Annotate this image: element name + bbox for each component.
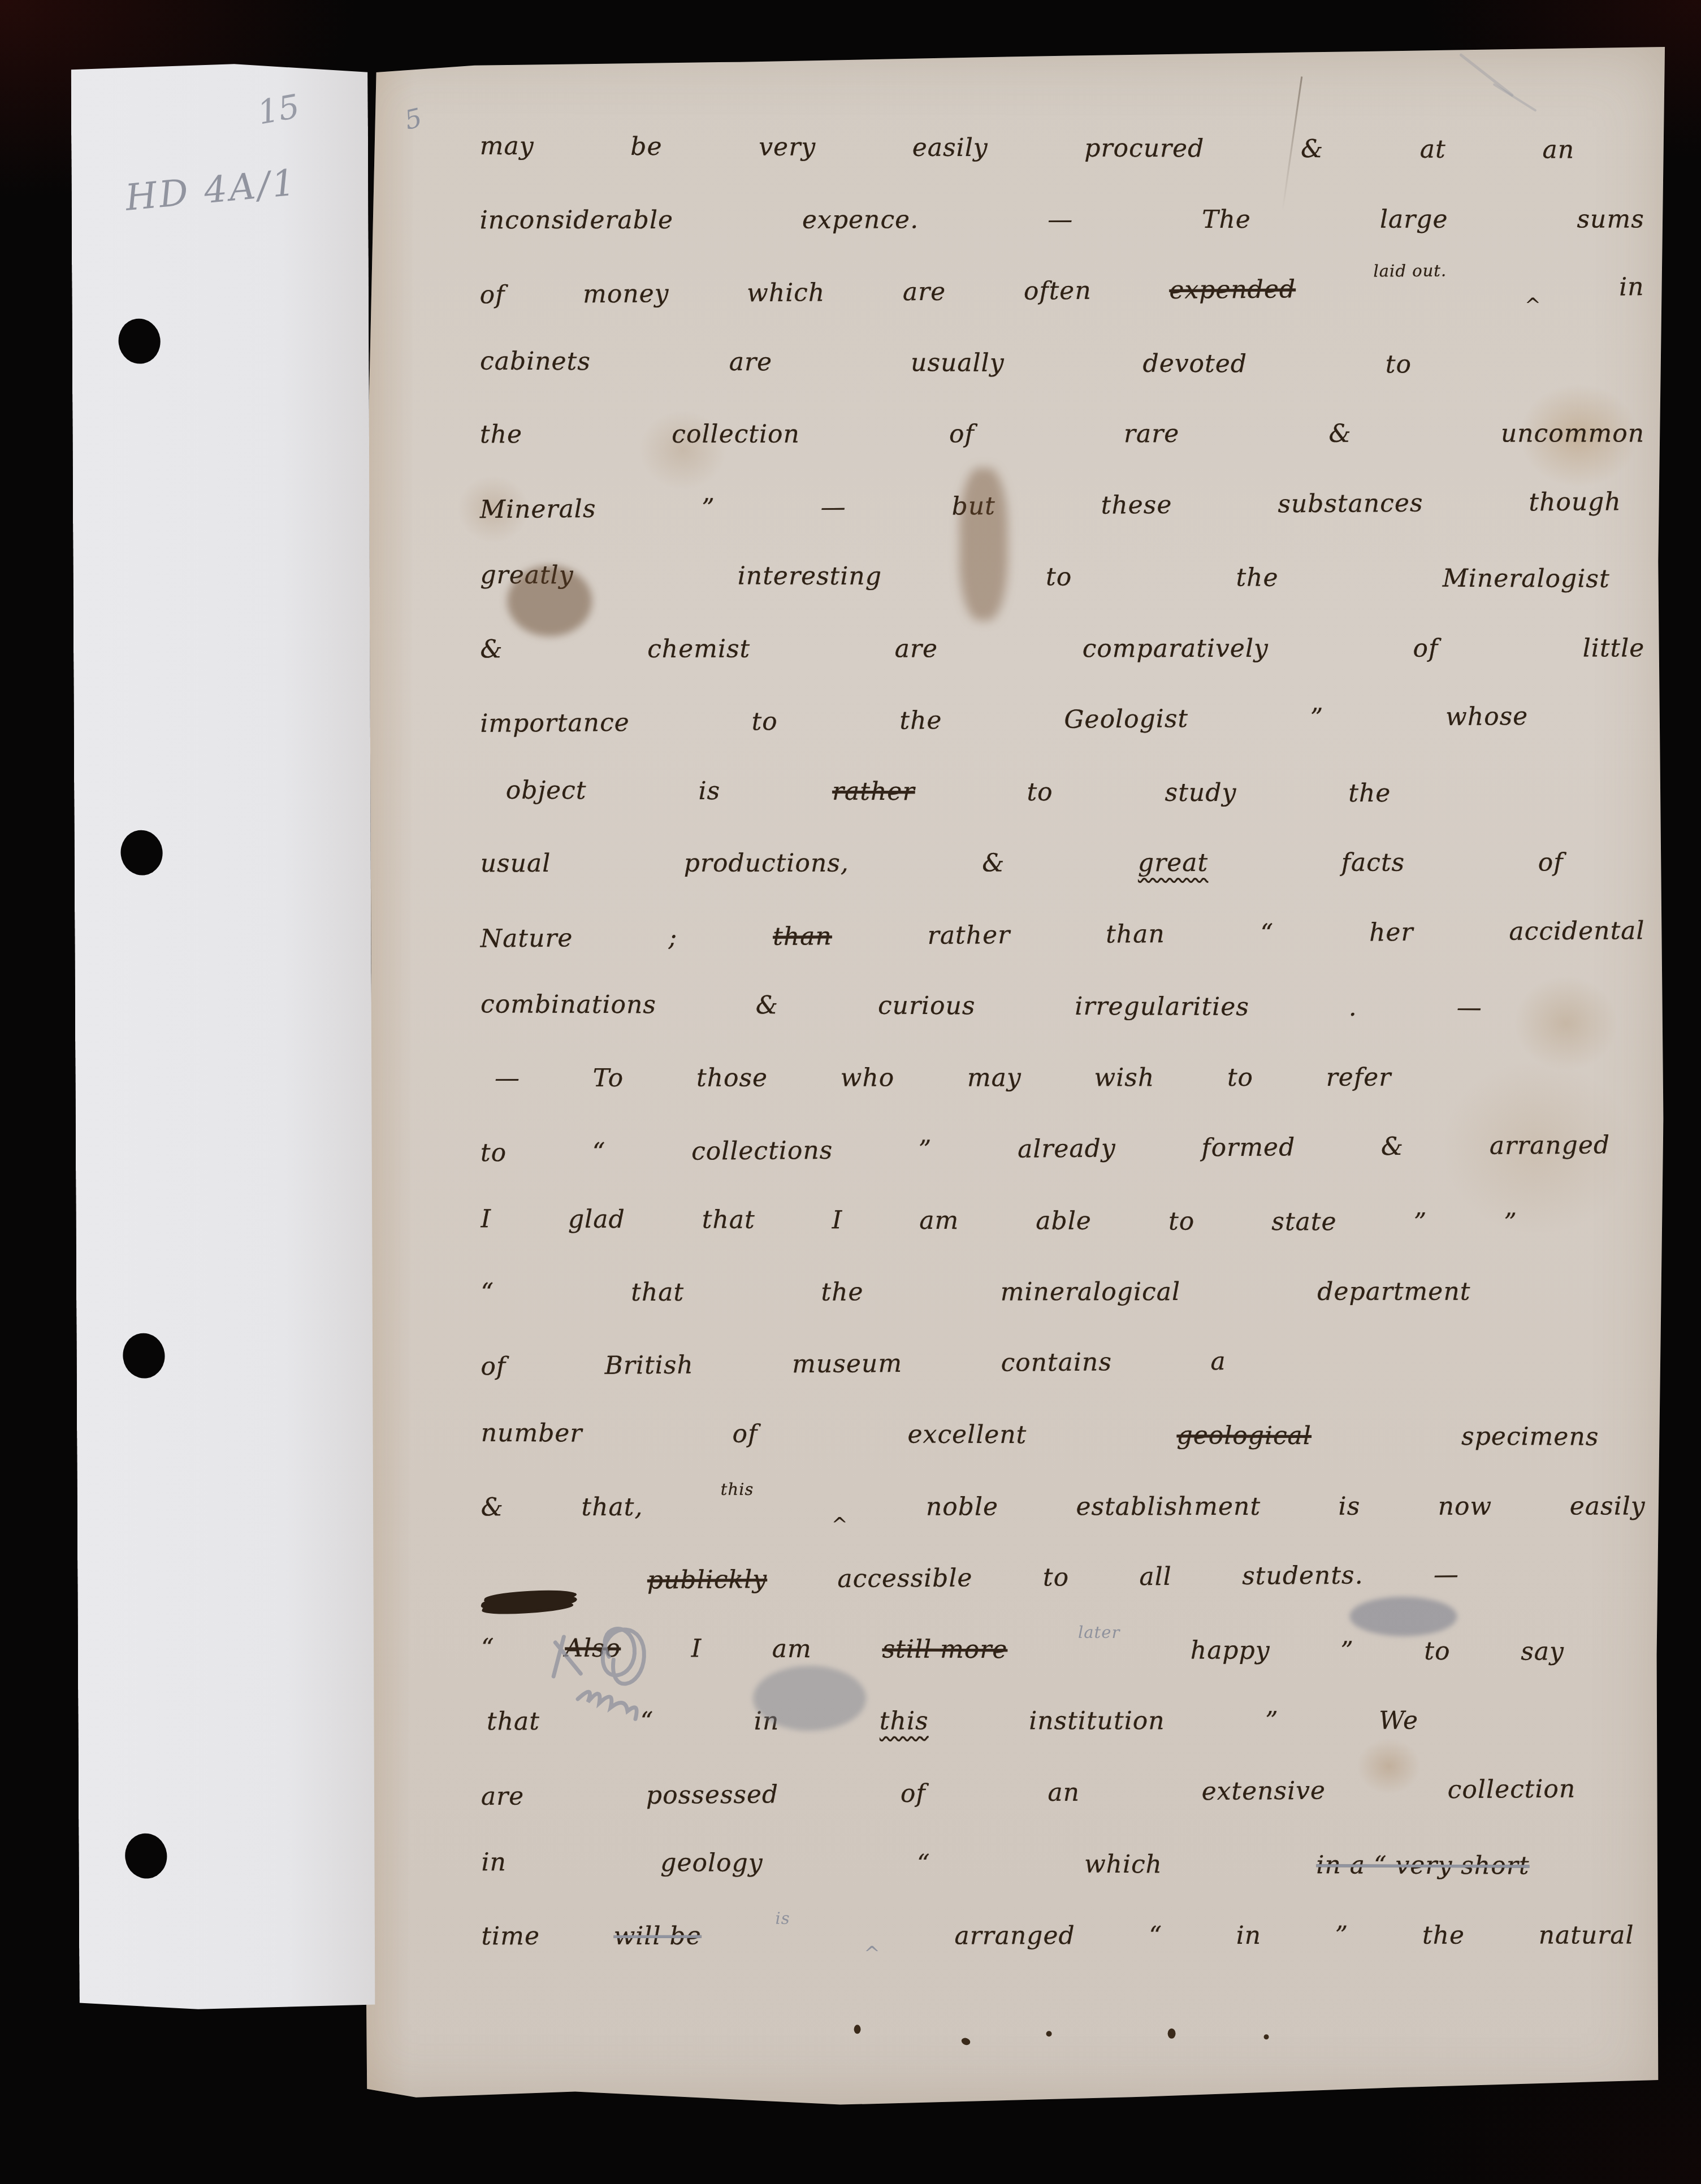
manuscript-line: thecollectionofrare&uncommon	[480, 419, 1644, 491]
handwriting-word: ;	[668, 923, 677, 952]
handwriting-word: museum	[792, 1349, 902, 1379]
handwriting-word: to	[1424, 1636, 1450, 1665]
handwriting-word: who	[841, 1063, 895, 1092]
handwriting-word: comparatively	[1083, 634, 1269, 662]
handwriting-word: extensive	[1201, 1776, 1326, 1806]
handwriting-word: devoted	[1142, 349, 1247, 378]
handwriting-word: arranged	[954, 1921, 1075, 1950]
handwriting-word: institution	[1029, 1706, 1165, 1735]
handwriting-word: noble	[926, 1492, 998, 1521]
handwriting-word: importance	[480, 708, 630, 738]
handwriting-word: accidental	[1509, 916, 1644, 946]
handwriting-word: The	[1202, 205, 1251, 233]
handwriting-word: may	[480, 132, 534, 161]
handwriting-word: “	[1149, 1921, 1162, 1950]
handwriting-word: “	[917, 1849, 930, 1878]
handwriting-word: very	[759, 133, 816, 162]
handwriting-word: to	[1227, 1063, 1253, 1091]
handwriting-word: of	[481, 1351, 506, 1380]
handwriting-word: interesting	[738, 561, 882, 591]
handwriting-word: the	[1422, 1921, 1465, 1949]
handwriting-segment: great	[1138, 848, 1208, 877]
manuscript-line: &that,this^nobleestablishmentisnoweasily	[481, 1492, 1646, 1564]
handwriting-word: “	[1260, 918, 1274, 947]
ink-spot	[1168, 2029, 1176, 2039]
handwriting-segment: is	[775, 1908, 790, 1927]
handwriting-word: to	[1043, 1563, 1070, 1592]
handwriting-word: object	[506, 775, 587, 804]
handwriting-word: excellent	[908, 1420, 1027, 1450]
handwriting-segment: ^	[832, 1513, 849, 1536]
handwriting-word: an	[1542, 136, 1574, 164]
handwriting-word: ”	[1335, 1921, 1349, 1949]
handwriting-segment: still more	[882, 1635, 1007, 1664]
handwriting-word: formed	[1201, 1133, 1295, 1162]
handwriting-word: already	[1018, 1134, 1116, 1163]
handwriting-word: of	[1538, 848, 1564, 877]
handwriting-word: now	[1438, 1492, 1492, 1520]
manuscript-line: IgladthatIamabletostate””	[481, 1204, 1517, 1280]
handwriting-word: ”	[702, 493, 715, 522]
handwriting-word: which	[1084, 1850, 1162, 1879]
handwriting-word: Minerals	[480, 494, 596, 523]
handwriting-word: able	[1036, 1206, 1092, 1235]
manuscript-line: ingeology“whichin a “ very short	[481, 1848, 1529, 1923]
handwriting-word: the	[1236, 563, 1278, 592]
ink-spot	[854, 2025, 861, 2034]
handwriting-word: &	[1301, 135, 1323, 163]
handwriting-word: may	[967, 1063, 1022, 1092]
handwriting-word: all	[1139, 1562, 1172, 1591]
handwriting-word: ”	[1414, 1207, 1427, 1236]
handwriting-word: inconsiderable	[480, 205, 673, 234]
handwriting-word: collection	[672, 420, 800, 449]
handwriting-word: irregularities	[1075, 992, 1249, 1021]
archive-reference: HD 4A/1	[124, 162, 299, 219]
handwriting-word: We	[1379, 1706, 1418, 1735]
handwriting-word: &	[756, 991, 778, 1020]
handwriting-word: accessible	[837, 1563, 972, 1593]
handwriting-word: is	[1339, 1492, 1361, 1520]
handwriting-word: contains	[1001, 1347, 1112, 1377]
handwriting-segment: will be	[614, 1921, 702, 1950]
handwriting-word: glad	[568, 1204, 625, 1233]
handwriting-word: establishment	[1076, 1492, 1261, 1520]
handwriting-word: time	[481, 1922, 540, 1951]
manuscript-line: cabinetsareusuallydevotedto	[480, 346, 1412, 421]
handwriting-word: those	[696, 1063, 768, 1092]
handwriting-word: am	[919, 1206, 959, 1234]
handwriting-word: are	[903, 278, 946, 307]
handwriting-word: “	[481, 1278, 494, 1307]
punch-hole	[122, 1831, 170, 1882]
handwriting-word: of	[949, 419, 975, 448]
handwriting-word: in	[1619, 272, 1644, 301]
handwriting-word: to	[1168, 1207, 1194, 1236]
handwriting-word: Mineralogist	[1443, 564, 1610, 593]
handwriting-segment: ^	[864, 1942, 881, 1965]
handwriting-word: substances	[1278, 488, 1423, 518]
handwriting-word: “	[481, 1633, 495, 1662]
manuscript-line: maybeveryeasilyprocured&atan	[479, 132, 1574, 207]
handwriting-word: the	[480, 420, 522, 449]
ink-spot	[1046, 2031, 1052, 2036]
handwriting-word: that,	[581, 1492, 643, 1521]
manuscript-line: &chemistarecomparativelyoflittle	[480, 634, 1644, 706]
handwriting-word: refer	[1326, 1063, 1391, 1091]
handwriting-word: curious	[878, 991, 976, 1021]
manuscript-page: 5 maybeveryeasilyprocured&ataninconsider…	[336, 42, 1668, 2109]
handwriting-word: to	[1027, 777, 1053, 806]
handwriting-word: these	[1101, 490, 1172, 519]
manuscript-line: to“collections”alreadyformed&arranged	[481, 1130, 1611, 1210]
handwriting-word: to	[751, 707, 778, 736]
handwriting-word: productions,	[684, 849, 849, 878]
ink-smudge	[507, 566, 592, 636]
handwriting-word: be	[630, 132, 662, 161]
guard-strip: 15 HD 4A/1	[71, 62, 376, 2012]
ink-smudge	[959, 468, 1008, 621]
handwriting-word: in	[481, 1848, 507, 1877]
handwriting-word: which	[747, 278, 825, 307]
handwriting-word: expence.	[802, 205, 919, 234]
handwriting-word: .	[1349, 993, 1357, 1022]
pencil-streak	[1492, 83, 1536, 112]
handwriting-word: of	[479, 280, 505, 309]
handwriting-segment: geological	[1176, 1421, 1312, 1450]
handwriting-word: easily	[1570, 1492, 1646, 1520]
handwriting-word: happy	[1191, 1636, 1270, 1665]
manuscript-line: usualproductions,&greatfactsof	[481, 848, 1564, 921]
handwriting-word: combinations	[481, 990, 656, 1019]
ink-spot	[960, 2036, 971, 2046]
manuscript-line: ofmoneywhichareoftenexpendedlaid out.^in	[479, 272, 1644, 352]
handwriting-word: cabinets	[480, 346, 591, 376]
handwriting-word: ”	[1504, 1208, 1517, 1237]
punch-hole	[118, 827, 166, 878]
handwriting-word: natural	[1539, 1921, 1634, 1949]
handwriting-word: —	[495, 1064, 520, 1093]
handwriting-word: rather	[928, 920, 1011, 950]
handwriting-word: uncommon	[1501, 419, 1644, 448]
manuscript-line: ofBritishmuseumcontainsa	[481, 1347, 1226, 1424]
handwriting-word: ”	[1340, 1636, 1354, 1665]
handwriting-segment: expended	[1169, 275, 1296, 305]
handwriting-word: sums	[1577, 205, 1644, 233]
handwriting-word: geology	[660, 1848, 763, 1878]
handwriting-word: study	[1165, 778, 1237, 807]
handwriting-word: —	[1457, 993, 1482, 1022]
handwriting-word: of	[733, 1419, 758, 1448]
handwriting-word: department	[1317, 1277, 1470, 1306]
handwriting-word: than	[1106, 920, 1165, 949]
page-corner-number: 5	[401, 102, 425, 136]
handwriting-word: the	[1348, 778, 1391, 807]
handwriting-word: number	[481, 1419, 583, 1448]
handwriting-word: &	[1381, 1132, 1404, 1161]
handwriting-word: to	[481, 1138, 507, 1167]
handwriting-word: is	[698, 776, 720, 805]
handwriting-word: mineralogical	[1001, 1277, 1180, 1306]
manuscript-line: timewill beis^arranged“in”thenatural	[481, 1921, 1634, 1993]
handwriting-word: I	[481, 1204, 491, 1233]
handwriting-word: rare	[1124, 419, 1179, 448]
handwriting-word: —	[821, 492, 846, 521]
handwriting-word: in	[1236, 1921, 1261, 1949]
handwriting-segment: this	[880, 1706, 929, 1735]
punch-hole	[120, 1331, 168, 1381]
punch-hole	[115, 316, 163, 367]
handwriting-word: of	[1413, 634, 1438, 662]
handwriting-word: money	[583, 279, 669, 309]
handwriting-word: facts	[1341, 848, 1405, 877]
handwriting-word: &	[1329, 419, 1352, 448]
handwriting-word: To	[593, 1063, 624, 1092]
manuscript-line: —Tothosewhomaywishtorefer	[495, 1063, 1391, 1135]
handwriting-segment: publickly	[647, 1565, 767, 1594]
handwriting-word: large	[1380, 205, 1448, 233]
manuscript-line: importancetotheGeologist”whose	[480, 702, 1529, 781]
handwriting-word: —	[1048, 205, 1073, 234]
handwriting-segment: ^	[1525, 294, 1542, 317]
handwriting-word: Nature	[480, 924, 573, 953]
handwriting-word: specimens	[1461, 1422, 1599, 1451]
handwriting-word: are	[481, 1782, 525, 1811]
handwriting-word: that	[631, 1278, 684, 1307]
handwriting-word: I	[832, 1206, 843, 1234]
manuscript-line: combinations&curiousirregularities.—	[481, 990, 1482, 1065]
handwriting-word: am	[772, 1634, 812, 1663]
handwriting-word: &	[480, 635, 503, 664]
handwriting-word: usually	[911, 348, 1005, 378]
handwriting-word: to	[1046, 562, 1072, 591]
handwriting-word: Geologist	[1064, 704, 1188, 734]
manuscript-line: inconsiderableexpence.—Thelargesums	[480, 205, 1644, 277]
handwriting-word: little	[1583, 634, 1645, 662]
manuscript-line: greatlyinterestingtotheMineralogist	[480, 561, 1610, 636]
handwriting-word: easily	[912, 133, 988, 162]
handwriting-segment: in a “ very short	[1316, 1851, 1529, 1880]
handwriting-word: at	[1420, 135, 1446, 164]
handwriting-word: usual	[481, 849, 551, 878]
manuscript-line: objectisrathertostudythe	[505, 775, 1391, 850]
handwriting-segment: laid out.	[1373, 261, 1447, 281]
handwriting-word: wish	[1094, 1063, 1155, 1092]
handwriting-word: say	[1521, 1637, 1564, 1666]
handwriting-word: ”	[1265, 1706, 1279, 1735]
handwriting-word: chemist	[647, 634, 750, 663]
handwriting-word: are	[895, 634, 938, 663]
manuscript-line: numberofexcellentgeologicalspecimens	[481, 1419, 1599, 1494]
handwriting-word: her	[1369, 917, 1414, 947]
ink-spot	[1264, 2034, 1269, 2039]
handwriting-segment: rather	[832, 777, 915, 806]
manuscript-line: Minerals”—butthesesubstancesthough	[480, 487, 1622, 567]
handwriting-word: students.	[1242, 1561, 1364, 1591]
handwriting-word: are	[729, 348, 772, 376]
handwriting-word: &	[481, 1493, 504, 1522]
handwriting-word: that	[702, 1205, 755, 1234]
pencil-smudge	[1349, 1597, 1457, 1636]
handwriting-word: ”	[919, 1136, 932, 1164]
handwriting-word: collection	[1448, 1774, 1576, 1804]
handwriting-word: collections	[691, 1136, 833, 1166]
handwriting-word: British	[604, 1350, 693, 1380]
manuscript-line: “thatthemineralogicaldepartment	[481, 1277, 1470, 1350]
pencil-smudge	[753, 1666, 866, 1731]
handwriting-word: a	[1210, 1347, 1226, 1376]
handwriting-word: the	[899, 706, 942, 735]
handwriting-word: &	[982, 848, 1005, 877]
handwriting-segment: than	[773, 922, 832, 951]
handwriting-word: often	[1024, 276, 1092, 306]
handwriting-word: “	[592, 1138, 606, 1167]
handwriting-word: the	[821, 1278, 863, 1307]
pencil-scribble	[524, 1603, 762, 1790]
handwriting-word: procured	[1084, 134, 1204, 163]
handwriting-word: to	[1386, 350, 1412, 379]
handwriting-word: an	[1048, 1778, 1080, 1806]
handwriting-word: state	[1271, 1207, 1336, 1236]
handwriting-word: arranged	[1490, 1130, 1611, 1160]
manuscript-line: Nature;thanratherthan“heraccidental	[480, 916, 1645, 996]
handwriting-segment: later	[1078, 1622, 1120, 1641]
handwriting-word: of	[901, 1779, 926, 1808]
handwriting-word: whose	[1445, 702, 1528, 731]
handwriting-word: though	[1529, 487, 1621, 517]
handwriting-word: —	[1434, 1560, 1459, 1589]
handwriting-segment: this	[721, 1479, 754, 1498]
folio-number: 15	[254, 87, 302, 132]
handwriting-word: ”	[1310, 703, 1324, 732]
photo: { "guard_strip": { "page_number": "15", …	[0, 0, 1701, 2184]
